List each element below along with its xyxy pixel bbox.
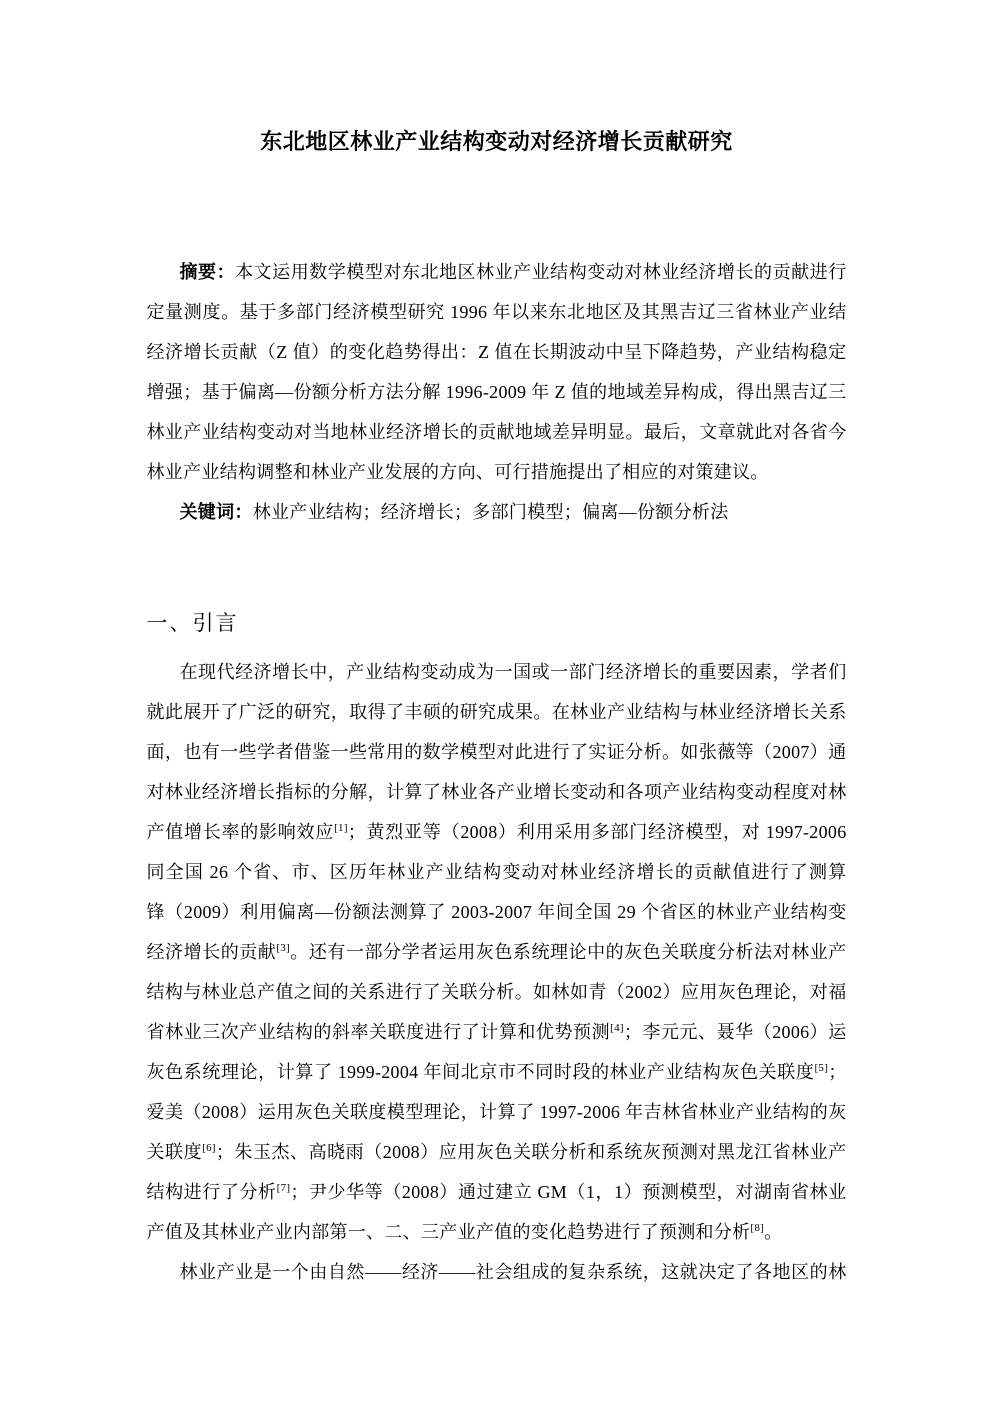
text-line: 增强；基于偏离—份额分析方法分解 1996-2009 年 Z 值的地域差异构成，… [147, 372, 847, 412]
citation-ref: [8] [750, 1222, 764, 1234]
text-line: 就此展开了广泛的研究，取得了丰硕的研究成果。在林业产业结构与林业经济增长关系方 [147, 692, 847, 732]
text-segment: 本文运用数学模型对东北地区林业产业结构变动对林业经济增长的贡献进行了 [147, 262, 847, 292]
text-line: 摘要：本文运用数学模型对东北地区林业产业结构变动对林业经济增长的贡献进行了 [147, 252, 847, 292]
text-segment: 产值增长率的影响效应 [147, 822, 335, 842]
text-line: 经济增长贡献（Z 值）的变化趋势得出：Z 值在长期波动中呈下降趋势，产业结构稳定… [147, 332, 847, 372]
citation-ref: [3] [276, 942, 290, 954]
text-segment: 林业产业结构调整和林业产业发展的方向、可行措施提出了相应的对策建议。 [147, 462, 769, 482]
text-line: 锋（2009）利用偏离—份额法测算了 2003-2007 年间全国 29 个省区… [147, 892, 847, 932]
text-line: 灰色系统理论，计算了 1999-2004 年间北京市不同时段的林业产业结构灰色关… [147, 1052, 847, 1092]
text-segment: 林业产业结构；经济增长；多部门模型；偏离—份额分析法 [253, 502, 729, 522]
text-line: 结构与林业总产值之间的关系进行了关联分析。如林如青（2002）应用灰色理论，对福… [147, 972, 847, 1012]
citation-ref: [1] [334, 822, 348, 834]
text-line: 同全国 26 个省、市、区历年林业产业结构变动对林业经济增长的贡献值进行了测算[… [147, 852, 847, 892]
text-line: 林业产业是一个由自然——经济——社会组成的复杂系统，这就决定了各地区的林业 [147, 1252, 847, 1292]
text-segment: 摘要： [180, 262, 236, 282]
citation-ref: [5] [814, 1062, 828, 1074]
text-segment: 增强；基于偏离—份额分析方法分解 1996-2009 年 Z 值的地域差异构成，… [147, 382, 847, 412]
page-content: 东北地区林业产业结构变动对经济增长贡献研究 摘要：本文运用数学模型对东北地区林业… [147, 0, 847, 1292]
document-page: { "title": "东北地区林业产业结构变动对经济增长贡献研究", "sec… [0, 0, 993, 1404]
text-line: 林业产业结构调整和林业产业发展的方向、可行措施提出了相应的对策建议。 [147, 452, 847, 492]
text-segment: 面，也有一些学者借鉴一些常用的数学模型对此进行了实证分析。如张薇等（2007）通… [147, 742, 847, 772]
citation-ref: [6] [202, 1142, 216, 1154]
text-segment: 灰色系统理论，计算了 1999-2004 年间北京市不同时段的林业产业结构灰色关… [147, 1062, 815, 1082]
text-line: 结构进行了分析[7]；尹少华等（2008）通过建立 GM（1，1）预测模型，对湖… [147, 1172, 847, 1212]
text-segment: 对林业经济增长指标的分解，计算了林业各产业增长变动和各项产业结构变动程度对林业 [147, 782, 847, 812]
text-segment: 关联度 [147, 1142, 203, 1162]
text-segment: 产值及其林业产业内部第一、二、三产业产值的变化趋势进行了预测和分析 [147, 1222, 751, 1242]
text-line: 省林业三次产业结构的斜率关联度进行了计算和优势预测[4]；李元元、聂华（2006… [147, 1012, 847, 1052]
text-line: 关键词：林业产业结构；经济增长；多部门模型；偏离—份额分析法 [147, 492, 847, 532]
text-segment: 省林业三次产业结构的斜率关联度进行了计算和优势预测 [147, 1022, 611, 1042]
citation-ref: [7] [277, 1182, 291, 1194]
text-segment: 定量测度。基于多部门经济模型研究 1996 年以来东北地区及其黑吉辽三省林业产业… [147, 302, 847, 332]
text-line: 关联度[6]；朱玉杰、高晓雨（2008）应用灰色关联分析和系统灰预测对黑龙江省林… [147, 1132, 847, 1172]
text-segment: 同全国 26 个省、市、区历年林业产业结构变动对林业经济增长的贡献值进行了测算 [147, 862, 847, 882]
text-segment: 林业产业是一个由自然——经济——社会组成的复杂系统，这就决定了各地区的林业 [147, 1262, 847, 1292]
paper-title: 东北地区林业产业结构变动对经济增长贡献研究 [147, 0, 847, 158]
section-heading-introduction: 一、引言 [147, 608, 847, 638]
text-line: 产值增长率的影响效应[1]；黄烈亚等（2008）利用采用多部门经济模型，对 19… [147, 812, 847, 852]
text-line: 对林业经济增长指标的分解，计算了林业各产业增长变动和各项产业结构变动程度对林业 [147, 772, 847, 812]
text-segment: 林业产业结构变动对当地林业经济增长的贡献地域差异明显。最后，文章就此对各省今后 [147, 422, 847, 452]
text-line: 林业产业结构变动对当地林业经济增长的贡献地域差异明显。最后，文章就此对各省今后 [147, 412, 847, 452]
text-line: 经济增长的贡献[3]。还有一部分学者运用灰色系统理论中的灰色关联度分析法对林业产… [147, 932, 847, 972]
text-segment: 结构与林业总产值之间的关系进行了关联分析。如林如青（2002）应用灰色理论，对福… [147, 982, 847, 1012]
text-line: 定量测度。基于多部门经济模型研究 1996 年以来东北地区及其黑吉辽三省林业产业… [147, 292, 847, 332]
text-segment: 关键词： [180, 502, 253, 522]
text-segment: 。 [764, 1222, 782, 1242]
text-line: 爱美（2008）运用灰色关联度模型理论，计算了 1997-2006 年吉林省林业… [147, 1092, 847, 1132]
text-segment: 经济增长贡献（Z 值）的变化趋势得出：Z 值在长期波动中呈下降趋势，产业结构稳定… [147, 342, 847, 372]
text-segment: 结构进行了分析 [147, 1182, 277, 1202]
text-segment: 经济增长的贡献 [147, 942, 277, 962]
abstract-block: 摘要：本文运用数学模型对东北地区林业产业结构变动对林业经济增长的贡献进行了定量测… [147, 252, 847, 532]
text-line: 面，也有一些学者借鉴一些常用的数学模型对此进行了实证分析。如张薇等（2007）通… [147, 732, 847, 772]
text-line: 在现代经济增长中，产业结构变动成为一国或一部门经济增长的重要因素，学者们也 [147, 652, 847, 692]
text-segment: ；朱玉杰、高晓雨（2008）应用灰色关联分析和系统灰预测对黑龙江省林业产业 [147, 1142, 847, 1172]
text-segment: 爱美（2008）运用灰色关联度模型理论，计算了 1997-2006 年吉林省林业… [147, 1102, 847, 1132]
introduction-body: 在现代经济增长中，产业结构变动成为一国或一部门经济增长的重要因素，学者们也就此展… [147, 652, 847, 1292]
text-segment: 在现代经济增长中，产业结构变动成为一国或一部门经济增长的重要因素，学者们也 [147, 662, 847, 692]
text-segment: 就此展开了广泛的研究，取得了丰硕的研究成果。在林业产业结构与林业经济增长关系方 [147, 702, 847, 732]
citation-ref: [4] [610, 1022, 624, 1034]
text-segment: 锋（2009）利用偏离—份额法测算了 2003-2007 年间全国 29 个省区… [147, 902, 847, 932]
text-line: 产值及其林业产业内部第一、二、三产业产值的变化趋势进行了预测和分析[8]。 [147, 1212, 847, 1252]
